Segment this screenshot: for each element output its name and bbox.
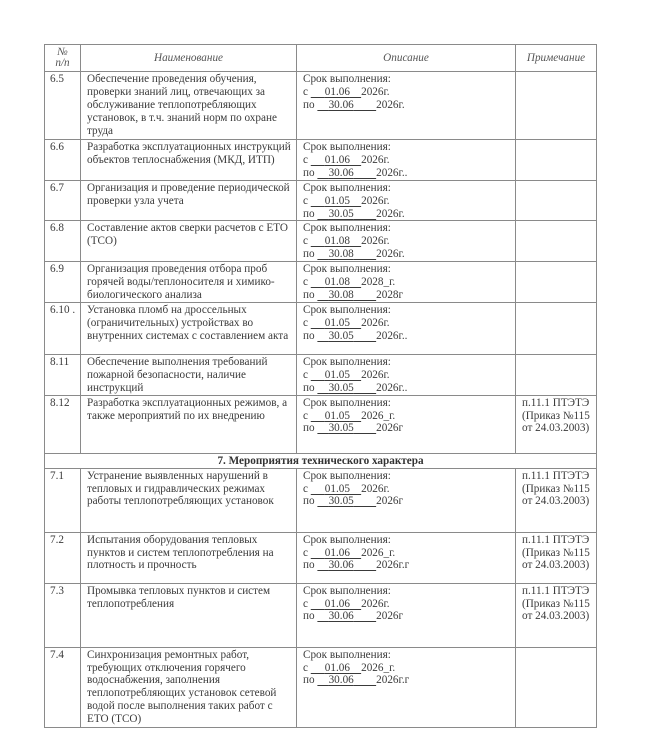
table-row: 8.12Разработка эксплуатационных режимов,… (45, 395, 597, 453)
row-name: Составление актов сверки расчетов с ЕТО … (81, 221, 297, 262)
row-note: п.11.1 ПТЭТЭ (Приказ №115 от 24.03.2003) (516, 468, 597, 532)
row-note (516, 180, 597, 221)
from-year: 2026г. (361, 86, 390, 98)
row-note (516, 302, 597, 354)
to-date: 30.08 (317, 289, 376, 301)
from-year: 2026г. (361, 195, 390, 207)
to-year: 2026г.г (376, 559, 409, 571)
row-number: 6.8 (45, 221, 81, 262)
to-prefix: по (303, 559, 317, 571)
from-prefix: с (303, 235, 311, 247)
to-date: 30.05 (317, 422, 376, 434)
deadline-to: по 30.06 2026г.. (303, 167, 511, 180)
to-year: 2026г (376, 495, 403, 507)
row-name: Организация и проведение периодической п… (81, 180, 297, 221)
to-date: 30.08 (317, 248, 376, 260)
from-year: 2026г. (361, 598, 390, 610)
deadline-from: с 01.06 2026_г. (303, 547, 511, 560)
from-year: 2026г. (361, 235, 390, 247)
deadline-label: Срок выполнения: (303, 141, 511, 154)
deadline-label: Срок выполнения: (303, 470, 511, 483)
table-body-section-7: 7.1Устранение выявленных нарушений в теп… (45, 468, 597, 727)
table-body-section-6: 6.5Обеспечение проведения обучения, пров… (45, 72, 597, 454)
to-date: 30.06 (317, 610, 376, 622)
from-prefix: с (303, 598, 311, 610)
from-prefix: с (303, 317, 311, 329)
deadline-to: по 30.05 2026г (303, 422, 511, 435)
to-prefix: по (303, 422, 317, 434)
row-description: Срок выполнения:с 01.08 2028_г.по 30.08 … (297, 262, 516, 303)
deadline-label: Срок выполнения: (303, 534, 511, 547)
deadline-label: Срок выполнения: (303, 356, 511, 369)
row-description: Срок выполнения:с 01.06 2026г.по 30.06 2… (297, 583, 516, 647)
to-year: 2026г.. (376, 330, 407, 342)
row-note (516, 140, 597, 181)
table-row: 7.3Промывка тепловых пунктов и систем те… (45, 583, 597, 647)
from-year: 2026_г. (361, 662, 395, 674)
deadline-to: по 30.08 2026г. (303, 248, 511, 261)
deadline-from: с 01.06 2026_г. (303, 662, 511, 675)
row-number: 7.3 (45, 583, 81, 647)
deadline-label: Срок выполнения: (303, 73, 511, 86)
deadline-label: Срок выполнения: (303, 585, 511, 598)
deadline-from: с 01.08 2026г. (303, 235, 511, 248)
to-date: 30.06 (317, 559, 376, 571)
table-row: 8.11Обеспечение выполнения требований по… (45, 354, 597, 395)
to-prefix: по (303, 495, 317, 507)
to-date: 30.06 (317, 167, 376, 179)
row-number: 6.6 (45, 140, 81, 181)
deadline-from: с 01.05 2026г. (303, 483, 511, 496)
from-date: 01.05 (311, 483, 361, 495)
deadline-from: с 01.05 2026г. (303, 369, 511, 382)
row-description: Срок выполнения:с 01.08 2026г.по 30.08 2… (297, 221, 516, 262)
from-date: 01.05 (311, 195, 361, 207)
from-prefix: с (303, 154, 311, 166)
to-prefix: по (303, 330, 317, 342)
header-name: Наименование (81, 45, 297, 72)
table-row: 7.2Испытания оборудования тепловых пункт… (45, 532, 597, 583)
row-name: Испытания оборудования тепловых пунктов … (81, 532, 297, 583)
to-year: 2026г. (376, 99, 405, 111)
table-row: 6.8Составление актов сверки расчетов с Е… (45, 221, 597, 262)
row-name: Устранение выявленных нарушений в теплов… (81, 468, 297, 532)
table-row: 7.1Устранение выявленных нарушений в теп… (45, 468, 597, 532)
plan-table: № п/п Наименование Описание Примечание 6… (44, 44, 597, 728)
deadline-to: по 30.08 2028г (303, 289, 511, 302)
row-number: 8.12 (45, 395, 81, 453)
from-date: 01.06 (311, 154, 361, 166)
deadline-to: по 30.06 2026г.г (303, 559, 511, 572)
row-name: Обеспечение проведения обучения, проверк… (81, 72, 297, 140)
row-description: Срок выполнения:с 01.05 2026г.по 30.05 2… (297, 468, 516, 532)
from-year: 2026_г. (361, 547, 395, 559)
header-num: № п/п (45, 45, 81, 72)
to-year: 2026г (376, 422, 403, 434)
from-prefix: с (303, 195, 311, 207)
from-prefix: с (303, 483, 311, 495)
row-number: 6.7 (45, 180, 81, 221)
to-date: 30.05 (317, 495, 376, 507)
deadline-label: Срок выполнения: (303, 182, 511, 195)
to-year: 2026г.. (376, 167, 407, 179)
from-year: 2026г. (361, 317, 390, 329)
table-row: 6.5Обеспечение проведения обучения, пров… (45, 72, 597, 140)
to-prefix: по (303, 289, 317, 301)
table-row: 6.6Разработка эксплуатационных инструкци… (45, 140, 597, 181)
deadline-label: Срок выполнения: (303, 263, 511, 276)
deadline-from: с 01.06 2026г. (303, 86, 511, 99)
deadline-from: с 01.05 2026_г. (303, 410, 511, 423)
from-date: 01.05 (311, 317, 361, 329)
from-year: 2026г. (361, 369, 390, 381)
deadline-to: по 30.05 2026г.. (303, 330, 511, 343)
section-title: 7. Мероприятия технического характера (45, 453, 597, 468)
deadline-from: с 01.08 2028_г. (303, 276, 511, 289)
to-date: 30.06 (317, 99, 376, 111)
to-date: 30.06 (317, 674, 376, 686)
row-number: 7.4 (45, 647, 81, 727)
deadline-to: по 30.06 2026г.г (303, 674, 511, 687)
from-date: 01.06 (311, 662, 361, 674)
to-date: 30.05 (317, 330, 376, 342)
row-note (516, 72, 597, 140)
from-year: 2026_г. (361, 410, 395, 422)
deadline-to: по 30.05 2026г.. (303, 382, 511, 395)
document-page: № п/п Наименование Описание Примечание 6… (44, 44, 597, 728)
to-prefix: по (303, 674, 317, 686)
table-body-section-header: 7. Мероприятия технического характера (45, 453, 597, 468)
row-description: Срок выполнения:с 01.06 2026_г.по 30.06 … (297, 647, 516, 727)
to-year: 2026г (376, 610, 403, 622)
row-description: Срок выполнения:с 01.06 2026_г.по 30.06 … (297, 532, 516, 583)
deadline-to: по 30.06 2026г (303, 610, 511, 623)
to-prefix: по (303, 382, 317, 394)
to-prefix: по (303, 208, 317, 220)
row-name: Организация проведения отбора проб горяч… (81, 262, 297, 303)
table-header-row: № п/п Наименование Описание Примечание (45, 45, 597, 72)
to-year: 2028г (376, 289, 403, 301)
to-date: 30.05 (317, 208, 376, 220)
from-prefix: с (303, 276, 311, 288)
from-prefix: с (303, 86, 311, 98)
table-row: 6.10 .Установка пломб на дроссельных (ог… (45, 302, 597, 354)
to-prefix: по (303, 167, 317, 179)
to-prefix: по (303, 248, 317, 260)
deadline-label: Срок выполнения: (303, 222, 511, 235)
deadline-from: с 01.05 2026г. (303, 317, 511, 330)
table-row: 6.7Организация и проведение периодическо… (45, 180, 597, 221)
deadline-from: с 01.06 2026г. (303, 154, 511, 167)
header-desc: Описание (297, 45, 516, 72)
to-date: 30.05 (317, 382, 376, 394)
from-year: 2026г. (361, 154, 390, 166)
row-description: Срок выполнения:с 01.05 2026г.по 30.05 2… (297, 180, 516, 221)
deadline-from: с 01.05 2026г. (303, 195, 511, 208)
deadline-label: Срок выполнения: (303, 397, 511, 410)
row-number: 6.5 (45, 72, 81, 140)
row-number: 6.9 (45, 262, 81, 303)
row-description: Срок выполнения:с 01.06 2026г.по 30.06 2… (297, 140, 516, 181)
row-name: Разработка эксплуатационных режимов, а т… (81, 395, 297, 453)
to-year: 2026г. (376, 208, 405, 220)
deadline-label: Срок выполнения: (303, 649, 511, 662)
table-row: 6.9Организация проведения отбора проб го… (45, 262, 597, 303)
from-date: 01.08 (311, 235, 361, 247)
from-prefix: с (303, 547, 311, 559)
deadline-from: с 01.06 2026г. (303, 598, 511, 611)
from-date: 01.06 (311, 598, 361, 610)
row-number: 8.11 (45, 354, 81, 395)
header-note: Примечание (516, 45, 597, 72)
row-name: Промывка тепловых пунктов и систем тепло… (81, 583, 297, 647)
row-name: Синхронизация ремонтных работ, требующих… (81, 647, 297, 727)
to-year: 2026г.. (376, 382, 407, 394)
from-date: 01.06 (311, 86, 361, 98)
table-row: 7.4Синхронизация ремонтных работ, требую… (45, 647, 597, 727)
row-description: Срок выполнения:с 01.05 2026г.по 30.05 2… (297, 302, 516, 354)
deadline-label: Срок выполнения: (303, 304, 511, 317)
to-prefix: по (303, 610, 317, 622)
from-date: 01.05 (311, 369, 361, 381)
to-year: 2026г.г (376, 674, 409, 686)
from-date: 01.06 (311, 547, 361, 559)
row-note: п.11.1 ПТЭТЭ (Приказ №115 от 24.03.2003) (516, 395, 597, 453)
row-name: Разработка эксплуатационных инструкций о… (81, 140, 297, 181)
row-number: 6.10 . (45, 302, 81, 354)
from-prefix: с (303, 410, 311, 422)
to-prefix: по (303, 99, 317, 111)
from-year: 2026г. (361, 483, 390, 495)
row-note (516, 262, 597, 303)
section-header-row: 7. Мероприятия технического характера (45, 453, 597, 468)
header-num-line2: п/п (55, 57, 69, 69)
from-date: 01.05 (311, 410, 361, 422)
to-year: 2026г. (376, 248, 405, 260)
row-description: Срок выполнения:с 01.05 2026г.по 30.05 2… (297, 354, 516, 395)
from-year: 2028_г. (361, 276, 395, 288)
row-name: Обеспечение выполнения требований пожарн… (81, 354, 297, 395)
row-note (516, 647, 597, 727)
row-number: 7.2 (45, 532, 81, 583)
row-description: Срок выполнения:с 01.06 2026г.по 30.06 2… (297, 72, 516, 140)
row-note: п.11.1 ПТЭТЭ (Приказ №115 от 24.03.2003) (516, 583, 597, 647)
row-note: п.11.1 ПТЭТЭ (Приказ №115 от 24.03.2003) (516, 532, 597, 583)
row-note (516, 354, 597, 395)
deadline-to: по 30.05 2026г (303, 495, 511, 508)
row-description: Срок выполнения:с 01.05 2026_г.по 30.05 … (297, 395, 516, 453)
from-prefix: с (303, 369, 311, 381)
from-date: 01.08 (311, 276, 361, 288)
from-prefix: с (303, 662, 311, 674)
row-name: Установка пломб на дроссельных (ограничи… (81, 302, 297, 354)
deadline-to: по 30.06 2026г. (303, 99, 511, 112)
deadline-to: по 30.05 2026г. (303, 208, 511, 221)
row-number: 7.1 (45, 468, 81, 532)
row-note (516, 221, 597, 262)
